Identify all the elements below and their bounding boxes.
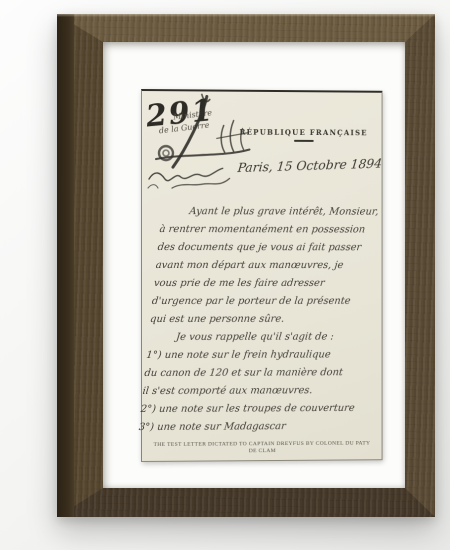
date-line: Paris, 15 Octobre 1894 (237, 156, 386, 175)
handwritten-line: d'urgence par le porteur de la présente (151, 293, 377, 311)
handwritten-line: Je vous rappelle qu'il s'agit de : (147, 329, 373, 347)
frame-top-highlight (57, 14, 435, 17)
handwritten-line: avant mon départ aux manœuvres, je (155, 257, 381, 275)
republic-header: RÉPUBLIQUE FRANÇAISE (234, 128, 374, 143)
handwritten-line: 2°) une note sur les troupes de couvertu… (140, 400, 366, 419)
war-ministry-stamp: 291 Ministère de la Guerre (144, 93, 261, 197)
handwritten-line: du canon de 120 et sur la manière dont (143, 364, 369, 383)
handwritten-line: 1°) une note sur le frein hydraulique (145, 346, 371, 365)
handwritten-line: qui est une personne sûre. (149, 311, 375, 329)
handwritten-line: Ayant le plus grave intérêt, Monsieur, (160, 203, 385, 221)
ink-scrawls (144, 93, 261, 197)
handwritten-line: des documents que je vous ai fait passer (157, 239, 382, 257)
mat-board: 291 Ministère de la Guerre (103, 42, 405, 488)
handwritten-line: vous prie de me les faire adresser (153, 275, 379, 293)
handwritten-line: à rentrer momentanément en possession (158, 221, 383, 239)
handwritten-line: 3°) une note sur Madagascar (138, 418, 364, 437)
framed-letter-photo: 291 Ministère de la Guerre (0, 0, 450, 550)
letter-document: 291 Ministère de la Guerre (141, 89, 383, 462)
handwritten-body: Ayant le plus grave intérêt, Monsieur, à… (138, 203, 386, 437)
picture-frame: 291 Ministère de la Guerre (57, 14, 435, 517)
republic-header-text: RÉPUBLIQUE FRANÇAISE (240, 128, 368, 138)
header-rule (294, 140, 314, 142)
frame-side-edge (57, 14, 74, 517)
print-caption: THE TEST LETTER DICTATED TO CAPTAIN DREY… (142, 440, 382, 456)
handwritten-line: il s'est comporté aux manœuvres. (141, 382, 367, 401)
